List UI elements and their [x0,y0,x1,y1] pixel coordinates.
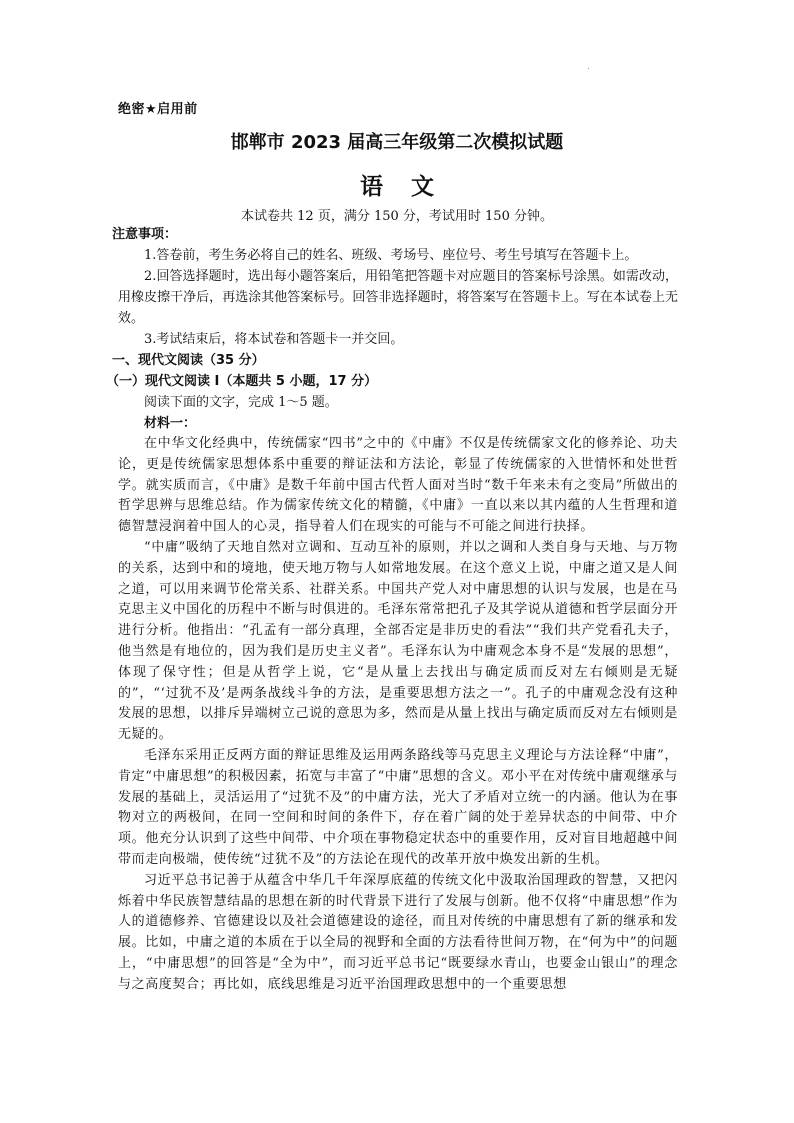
article-paragraph: 毛泽东采用正反两方面的辩证思维及运用两条路线等马克思主义理论与方法诠释“中庸”，… [118,746,678,871]
exam-info: 本试卷共 12 页，满分 150 分，考试用时 150 分钟。 [0,205,794,224]
scan-speck [588,68,589,69]
article-paragraph: “中庸”吸纳了天地自然对立调和、互动互补的原则，并以之调和人类自身与天地、与万物… [118,538,678,746]
article-text: 在中华文化经典中，传统儒家“四书”之中的《中庸》不仅是传统儒家文化的修养论、功夫… [118,434,678,996]
notice-heading: 注意事项： [112,224,678,245]
exam-body: 注意事项： 1.答卷前，考生务必将自己的姓名、班级、考场号、座位号、考生号填写在… [118,224,678,996]
section-heading: 一、现代文阅读（35 分） [112,350,678,371]
notice-item: 1.答卷前，考生务必将自己的姓名、班级、考场号、座位号、考生号填写在答题卡上。 [118,245,678,266]
notice-item: 2.回答选择题时，选出每小题答案后，用铅笔把答题卡对应题目的答案标号涂黑。如需改… [118,266,678,329]
notice-item: 3.考试结束后，将本试卷和答题卡一并交回。 [118,329,678,350]
exam-title: 邯郸市 2023 届高三年级第二次模拟试题 [0,128,794,154]
subject-title: 语 文 [0,168,794,201]
reading-instruction: 阅读下面的文字，完成 1～5 题。 [118,392,678,413]
article-paragraph: 习近平总书记善于从蕴含中华几千年深厚底蕴的传统文化中汲取治国理政的智慧，又把闪烁… [118,871,678,996]
exam-page: 绝密★启用前 邯郸市 2023 届高三年级第二次模拟试题 语 文 本试卷共 12… [0,0,794,1123]
confidential-mark: 绝密★启用前 [118,98,198,117]
article-paragraph: 在中华文化经典中，传统儒家“四书”之中的《中庸》不仅是传统儒家文化的修养论、功夫… [118,434,678,538]
section-subheading: （一）现代文阅读 I（本题共 5 小题，17 分） [106,371,678,392]
material-label: 材料一： [118,413,678,434]
